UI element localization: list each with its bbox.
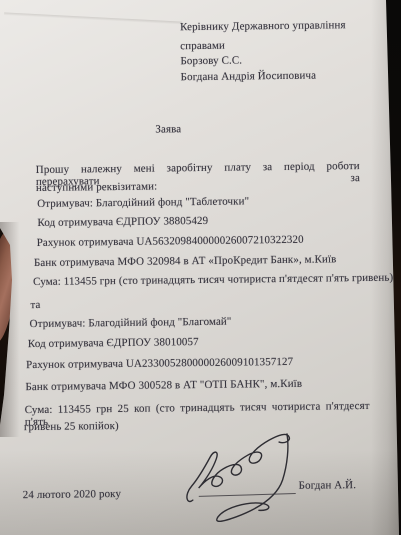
payee2-amount-line: гривень 25 копійок) xyxy=(24,420,119,433)
payee1-account-line: Рахунок отримувача UA5632098400000260072… xyxy=(37,234,304,249)
signature-scribble xyxy=(185,423,306,524)
payee2-bank-line: Банк отримувача МФО 300528 в АТ "ОТП БАН… xyxy=(25,378,302,393)
addressee-line: Борзову С.С. xyxy=(180,54,242,67)
payee1-amount-line: Сума: 113455 грн (сто тринадцять тисяч ч… xyxy=(33,272,393,288)
payee1-bank-line: Банк отримувача МФО 320984 в АТ «ПроКред… xyxy=(34,253,337,269)
document-photo: Керівнику Державного управління справами… xyxy=(0,0,401,535)
signer-name: Богдан А.Й. xyxy=(299,479,357,492)
paper-sheet: Керівнику Державного управління справами… xyxy=(0,0,401,535)
payee2-code-line: Код отримувача ЄДРПОУ 38010057 xyxy=(28,336,199,350)
addressee-line: Керівнику Державного управління xyxy=(180,19,346,33)
date-line: 24 лютого 2020 року xyxy=(23,488,121,501)
addressee-line: Богдана Андрія Йосиповича xyxy=(181,70,317,84)
payee1-code-line: Код отримувача ЄДРПОУ 38805429 xyxy=(37,215,208,229)
document-content: Керівнику Державного управління справами… xyxy=(0,0,401,535)
connector-line: та xyxy=(30,299,40,311)
body-paragraph-line: наступними реквізитами: xyxy=(36,181,157,194)
payee2-account-line: Рахунок отримувача UA2330052800000260091… xyxy=(26,356,293,371)
addressee-line: справами xyxy=(180,40,225,53)
payee2-recipient-line: Отримувач: Благодійний фонд "Благомай" xyxy=(30,316,232,330)
signature-icon xyxy=(185,423,306,524)
payee1-recipient-line: Отримувач: Благодійний фонд "Таблеточки" xyxy=(37,195,249,210)
document-title: Заява xyxy=(123,123,213,136)
